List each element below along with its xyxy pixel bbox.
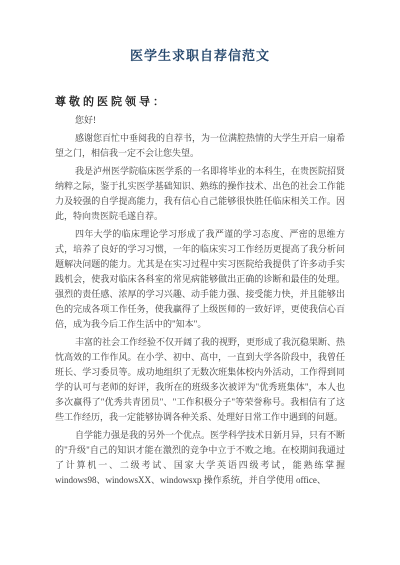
letter-paragraph-self-learning: 自学能力强是我的另外一个优点。医学科学技术日新月异，只有不断的"升级"自己的知识… — [55, 428, 345, 488]
letter-paragraph-introduction: 我是泸州医学院临床医学系的一名即将毕业的本科生，在贵医院招贤纳粹之际，鉴于扎实医… — [55, 164, 345, 224]
document-title: 医学生求职自荐信范文 — [0, 0, 400, 65]
document-page: 医学生求职自荐信范文 尊敬的医院领导： 您好! 感谢您百忙中垂阅我的自荐书，为一… — [0, 0, 400, 565]
letter-salutation: 尊敬的医院领导： — [55, 95, 345, 110]
letter-body: 尊敬的医院领导： 您好! 感谢您百忙中垂阅我的自荐书，为一位满腔热情的大学生开启… — [55, 95, 345, 488]
letter-paragraph-study-experience: 四年大学的临床理论学习形成了我严谨的学习态度、严密的思维方式，培养了良好的学习习… — [55, 227, 345, 332]
letter-paragraph-thanks: 感谢您百忙中垂阅我的自荐书，为一位满腔热情的大学生开启一扇希望之门，相信我一定不… — [55, 131, 345, 161]
letter-paragraph-social-work: 丰富的社会工作经验不仅开阔了我的视野，更形成了我沉稳果断、热忱高效的工作作风。在… — [55, 335, 345, 425]
letter-paragraph-greeting: 您好! — [55, 113, 345, 128]
